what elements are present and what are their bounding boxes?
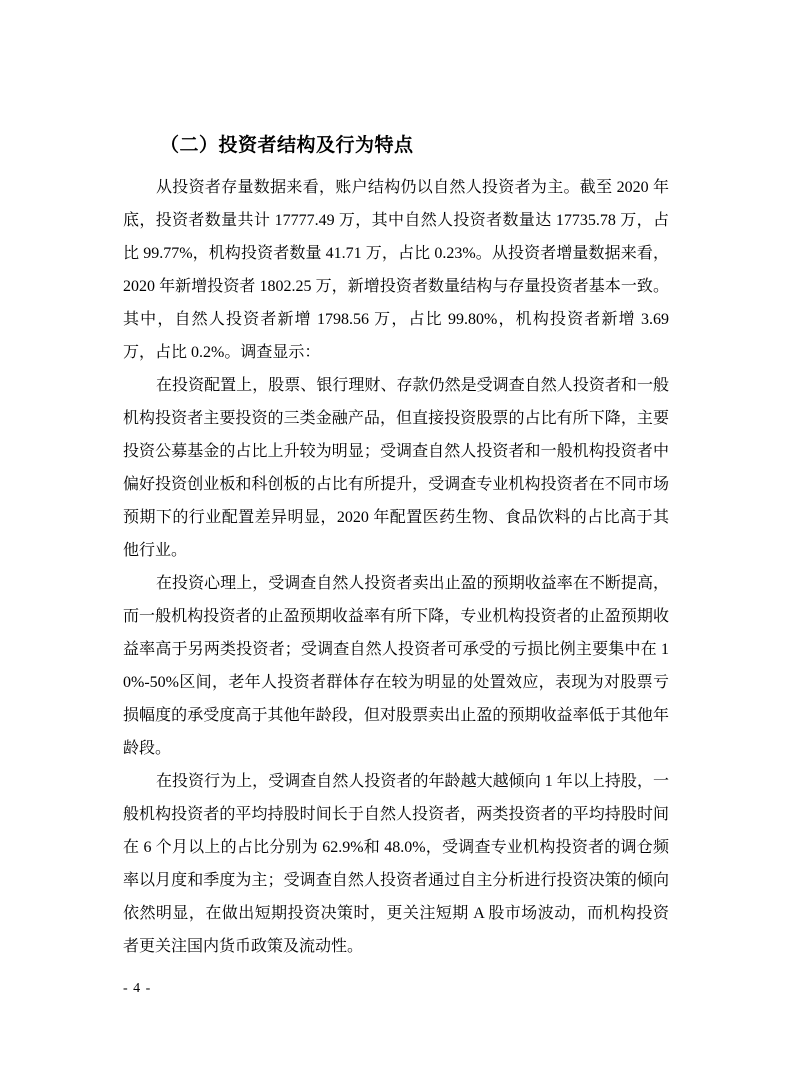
section-heading: （二）投资者结构及行为特点 [123, 129, 669, 162]
paragraph-investment-psychology: 在投资心理上，受调查自然人投资者卖出止盈的预期收益率在不断提高，而一般机构投资者… [123, 567, 669, 765]
document-body: （二）投资者结构及行为特点 从投资者存量数据来看，账户结构仍以自然人投资者为主。… [123, 129, 669, 963]
paragraph-investment-behavior: 在投资行为上，受调查自然人投资者的年龄越大越倾向 1 年以上持股，一般机构投资者… [123, 765, 669, 963]
paragraph-investor-stock-data: 从投资者存量数据来看，账户结构仍以自然人投资者为主。截至 2020 年底，投资者… [123, 171, 669, 369]
document-page: （二）投资者结构及行为特点 从投资者存量数据来看，账户结构仍以自然人投资者为主。… [0, 0, 793, 1077]
page-number: - 4 - [123, 979, 151, 999]
paragraph-investment-allocation: 在投资配置上，股票、银行理财、存款仍然是受调查自然人投资者和一般机构投资者主要投… [123, 369, 669, 567]
